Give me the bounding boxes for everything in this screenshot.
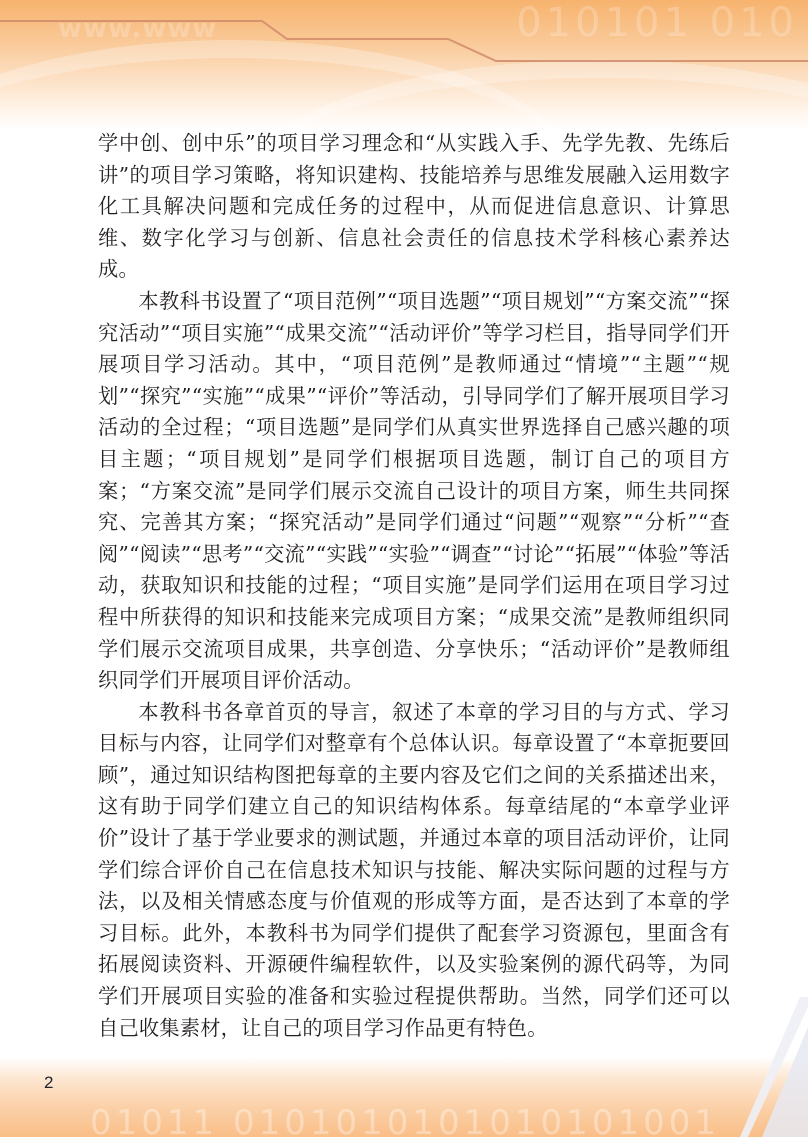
paragraph-intro-continuation: 学中创、创中乐”的项目学习理念和“从实践入手、先学先教、先练后讲”的项目学习策略… <box>98 128 730 286</box>
paragraph-learning-columns: 本教科书设置了“项目范例”“项目选题”“项目规划”“方案交流”“探究活动”“项目… <box>98 286 730 697</box>
header-decoration: www.www 010101 010 <box>0 0 808 130</box>
page-number: 2 <box>44 1073 53 1093</box>
paragraph-chapter-structure: 本教科书各章首页的导言，叙述了本章的学习目的与方式、学习目标与内容，让同学们对整… <box>98 697 730 1045</box>
footer-decoration: 01011 0101010101010101001 <box>0 1057 808 1137</box>
body-text: 学中创、创中乐”的项目学习理念和“从实践入手、先学先教、先练后讲”的项目学习策略… <box>98 128 730 1044</box>
footer-binary-watermark: 01011 0101010101010101001 <box>90 1103 720 1137</box>
header-rule-line <box>0 0 808 130</box>
